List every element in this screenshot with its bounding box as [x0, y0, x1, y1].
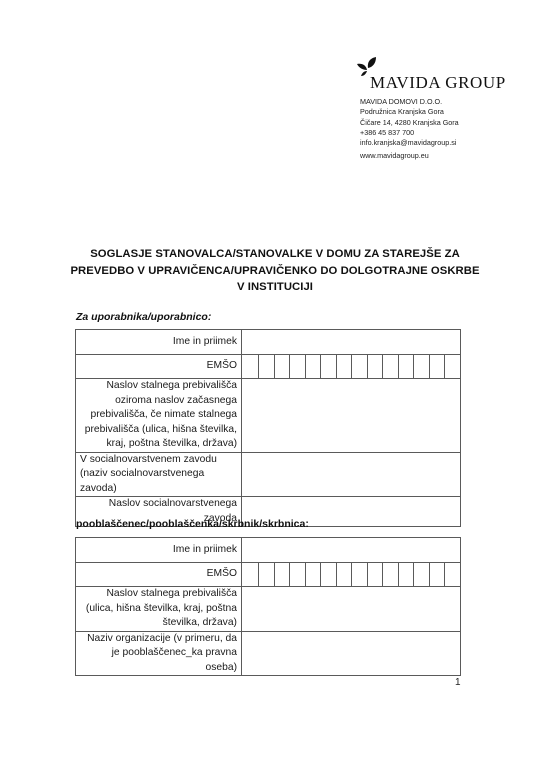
- brand-name: MAVIDA GROUP: [370, 73, 506, 93]
- company-address: MAVIDA DOMOVI D.O.O. Podružnica Kranjska…: [360, 97, 459, 162]
- table-row: Naslov stalnega prebivališča (ulica, hiš…: [76, 587, 461, 632]
- organization-name-label: Naziv organizacije (v primeru, da je poo…: [76, 631, 242, 676]
- guardian-section-label: pooblaščenec/pooblaščenka/skrbnik/skrbni…: [76, 518, 309, 530]
- table-row: EMŠO: [76, 355, 461, 379]
- guardian-name-field[interactable]: [242, 538, 461, 563]
- emso-digit-box[interactable]: [305, 355, 321, 378]
- user-address-field[interactable]: [242, 379, 461, 453]
- guardian-form-table: Ime in priimek EMŠO Naslov stalnega preb…: [75, 537, 461, 676]
- page-number: 1: [455, 677, 461, 688]
- address-line: MAVIDA DOMOVI D.O.O.: [360, 97, 459, 107]
- emso-digit-box[interactable]: [429, 355, 445, 378]
- emso-digit-box[interactable]: [258, 355, 274, 378]
- table-row: Ime in priimek: [76, 538, 461, 563]
- phone-number: +386 45 837 700: [360, 128, 459, 138]
- emso-digit-boxes[interactable]: [258, 355, 460, 378]
- emso-digit-box[interactable]: [398, 563, 414, 586]
- emso-digit-box[interactable]: [351, 563, 367, 586]
- table-row: Ime in priimek: [76, 330, 461, 355]
- guardian-address-field[interactable]: [242, 587, 461, 632]
- title-line-2: PREVEDBO V UPRAVIČENCA/UPRAVIČENKO DO DO…: [60, 263, 490, 280]
- table-row: Naslov stalnega prebivališča oziroma nas…: [76, 379, 461, 453]
- email-address: info.kranjska@mavidagroup.si: [360, 138, 459, 148]
- emso-digit-box[interactable]: [258, 563, 274, 586]
- user-section-label: Za uporabnika/uporabnico:: [76, 311, 211, 323]
- emso-digit-boxes[interactable]: [258, 563, 460, 586]
- emso-digit-box[interactable]: [274, 563, 290, 586]
- title-line-3: V INSTITUCIJI: [60, 279, 490, 296]
- address-line: Čičare 14, 4280 Kranjska Gora: [360, 118, 459, 128]
- user-form-table: Ime in priimek EMŠO Naslov stalnega preb…: [75, 329, 461, 527]
- user-emso-field[interactable]: [242, 355, 461, 379]
- table-row: Naziv organizacije (v primeru, da je poo…: [76, 631, 461, 676]
- user-name-field[interactable]: [242, 330, 461, 355]
- emso-digit-box[interactable]: [444, 355, 460, 378]
- emso-digit-box[interactable]: [367, 355, 383, 378]
- emso-digit-box[interactable]: [382, 355, 398, 378]
- emso-digit-box[interactable]: [367, 563, 383, 586]
- emso-digit-box[interactable]: [274, 355, 290, 378]
- emso-digit-box[interactable]: [351, 355, 367, 378]
- emso-digit-box[interactable]: [444, 563, 460, 586]
- emso-digit-box[interactable]: [398, 355, 414, 378]
- title-line-1: SOGLASJE STANOVALCA/STANOVALKE V DOMU ZA…: [60, 246, 490, 263]
- emso-digit-box[interactable]: [336, 355, 352, 378]
- emso-digit-box[interactable]: [382, 563, 398, 586]
- emso-digit-box[interactable]: [413, 355, 429, 378]
- permanent-address-label: Naslov stalnega prebivališča (ulica, hiš…: [76, 587, 242, 632]
- emso-digit-box[interactable]: [289, 355, 305, 378]
- website-link: www.mavidagroup.eu: [360, 151, 459, 161]
- emso-digit-box[interactable]: [336, 563, 352, 586]
- emso-digit-box[interactable]: [320, 355, 336, 378]
- table-row: EMŠO: [76, 563, 461, 587]
- organization-name-field[interactable]: [242, 631, 461, 676]
- address-line: Podružnica Kranjska Gora: [360, 107, 459, 117]
- institution-name-field[interactable]: [242, 452, 461, 497]
- emso-digit-box[interactable]: [429, 563, 445, 586]
- name-label: Ime in priimek: [76, 538, 242, 563]
- table-row: V socialnovarstvenem zavodu (naziv socia…: [76, 452, 461, 497]
- emso-digit-box[interactable]: [320, 563, 336, 586]
- guardian-emso-field[interactable]: [242, 563, 461, 587]
- emso-digit-box[interactable]: [413, 563, 429, 586]
- emso-digit-box[interactable]: [305, 563, 321, 586]
- name-label: Ime in priimek: [76, 330, 242, 355]
- emso-label: EMŠO: [76, 563, 242, 587]
- institution-name-label: V socialnovarstvenem zavodu (naziv socia…: [76, 452, 242, 497]
- emso-digit-box[interactable]: [289, 563, 305, 586]
- document-title: SOGLASJE STANOVALCA/STANOVALKE V DOMU ZA…: [60, 246, 490, 296]
- permanent-address-label: Naslov stalnega prebivališča oziroma nas…: [76, 379, 242, 453]
- emso-label: EMŠO: [76, 355, 242, 379]
